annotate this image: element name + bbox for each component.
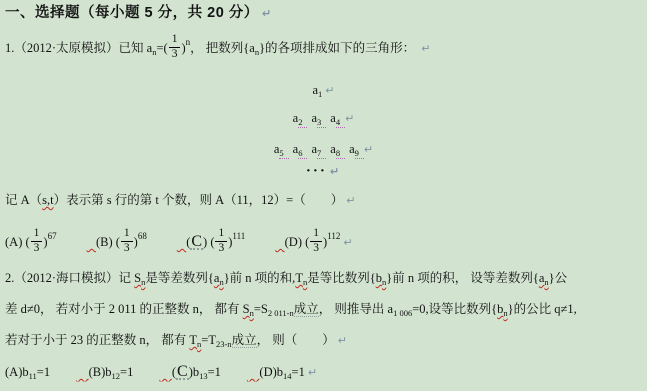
text-run: a — [349, 142, 355, 156]
paragraph-mark-icon: ↵ — [325, 84, 334, 97]
fraction: 13 — [215, 227, 227, 254]
q2-stem-line-2: 差 d≠0， 若对小于 2 011 的正整数 n， 都有 Sn=S2 011-n… — [5, 299, 577, 319]
text-run: 1.（2012·太原模拟）已知 — [5, 41, 147, 55]
subscript: 12 — [112, 371, 121, 381]
subscript: 8 — [336, 148, 345, 159]
triangle-ellipsis: ···↵ — [0, 161, 647, 182]
spellcheck-squiggle-icon — [177, 235, 186, 249]
triangle-row-1: a1↵ — [0, 80, 647, 101]
fraction-numerator: 1 — [121, 227, 133, 241]
subscript: 11 — [29, 371, 37, 381]
subscript: 23-n — [216, 339, 232, 349]
text-run: =1 — [292, 365, 305, 379]
subscript: 13 — [199, 371, 208, 381]
text-run: ， 把数列{a — [190, 41, 255, 55]
text-run: )b — [189, 365, 199, 379]
option-a-label: (A) ( — [5, 235, 30, 249]
superscript: 111 — [232, 231, 245, 241]
fraction-denominator: 3 — [169, 48, 181, 61]
text-run: 成立 — [294, 302, 319, 317]
spellcheck-squiggle-icon — [275, 235, 284, 249]
section-heading: 一、选择题（每小题 5 分，共 20 分）↵ — [5, 3, 272, 24]
text-run: 成立 — [232, 333, 257, 348]
triangle-row-2: a2a3a4↵ — [0, 108, 647, 129]
q1-question: 记 A（s,t）表示第 s 行的第 t 个数，则 A（11，12）=（ ）↵ — [5, 190, 355, 211]
spellcheck-squiggle-icon — [247, 365, 260, 379]
subscript: 2 011-n — [268, 308, 294, 318]
text-run: ）表示第 s 行的第 t 个数，则 A（11，12）=（ ） — [54, 193, 344, 207]
fraction: 13 — [121, 227, 133, 254]
subscript: 7 — [317, 148, 326, 159]
text-run: }的公比 q≠1, — [508, 302, 577, 316]
superscript: 112 — [327, 231, 340, 241]
q2-options: (A)b11=1 (B)b12=1 (C)b13=1 (D)b14=1↵ — [5, 362, 317, 383]
text-run: 一、选择题（每小题 5 分，共 20 分） — [5, 5, 259, 21]
option-b-label: (B) ( — [96, 235, 120, 249]
fraction: 13 — [310, 227, 322, 254]
fraction-numerator: 1 — [310, 227, 322, 241]
text-run: T — [295, 271, 303, 285]
option-letter-c: C — [190, 236, 203, 250]
paragraph-mark-icon: ↵ — [338, 334, 347, 347]
fraction: 13 — [31, 227, 43, 254]
text-run: =( — [156, 41, 167, 55]
text-run: ) ( — [203, 235, 214, 249]
spellcheck-squiggle-icon — [159, 365, 172, 379]
paragraph-mark-icon: ↵ — [262, 7, 272, 20]
text-run: =T — [201, 333, 216, 347]
text-run: =1 — [208, 365, 221, 379]
text-run: 差 d≠0， 若对小于 2 011 的正整数 n， 都有 — [5, 302, 243, 316]
subscript: 4 — [336, 117, 345, 128]
option-d-label: (D)b — [259, 365, 283, 379]
text-run: }的各项排成如下的三角形： — [259, 41, 418, 55]
text-run: s,t — [42, 193, 53, 207]
fraction-denominator: 3 — [215, 242, 227, 255]
subscript: 1 006 — [393, 308, 412, 318]
q1-options: (A) (13)67 (B) (13)68 (C) (13)111 (D) (1… — [5, 222, 353, 263]
option-d-label: (D) ( — [285, 235, 310, 249]
option-letter-c: C — [176, 366, 189, 380]
subscript: 6 — [298, 148, 307, 159]
text-run: =0,设等比数列{ — [412, 302, 497, 316]
paragraph-mark-icon: ↵ — [330, 165, 341, 178]
fraction-numerator: 1 — [215, 227, 227, 241]
text-run: S — [243, 302, 250, 316]
triangle-row-3: a5a6a7a8a9↵ — [0, 139, 647, 160]
q2-stem-line-3: 若对于小于 23 的正整数 n， 都有 Tn=T23-n成立， 则（ ）↵ — [5, 330, 347, 351]
fraction-denominator: 3 — [310, 242, 322, 255]
subscript: 5 — [279, 148, 288, 159]
subscript: 1 — [318, 89, 322, 99]
spellcheck-squiggle-icon — [87, 235, 96, 249]
spellcheck-squiggle-icon — [76, 365, 89, 379]
document-page: 一、选择题（每小题 5 分，共 20 分）↵1.（2012·太原模拟）已知 an… — [0, 0, 647, 391]
text-run: ， 则（ ） — [257, 333, 335, 347]
q2-stem-line-1: 2.（2012·海口模拟）记 Sn是等差数列{an}前 n 项的和,Tn是等比数… — [5, 268, 567, 288]
text-run: =S — [254, 302, 268, 316]
fraction: 13 — [169, 33, 181, 60]
paragraph-mark-icon: ↵ — [364, 143, 373, 156]
text-run: }公 — [549, 271, 568, 285]
superscript: 68 — [138, 231, 147, 241]
fraction-numerator: 1 — [31, 227, 43, 241]
q1-stem: 1.（2012·太原模拟）已知 an=(13)n， 把数列{an}的各项排成如下… — [5, 28, 430, 69]
fraction-numerator: 1 — [169, 33, 181, 47]
subscript: 9 — [355, 148, 364, 159]
text-run: 2.（2012·海口模拟）记 — [5, 271, 134, 285]
text-run: }前 n 项的积， 设等差数列{ — [386, 271, 539, 285]
paragraph-mark-icon: ↵ — [308, 366, 317, 379]
option-a-label: (A)b — [5, 365, 29, 379]
text-run: 是等差数列{ — [145, 271, 214, 285]
text-run: ， 则推导出 — [319, 302, 388, 316]
fraction-denominator: 3 — [31, 242, 43, 255]
subscript: 3 — [317, 117, 326, 128]
text-run: 是等比数列{ — [307, 271, 376, 285]
text-run: T — [189, 333, 197, 347]
text-run: ··· — [306, 163, 327, 179]
option-b-label: (B)b — [89, 365, 112, 379]
text-run: }前 n 项的和, — [224, 271, 296, 285]
subscript: 14 — [283, 371, 292, 381]
subscript: 2 — [298, 117, 307, 128]
text-run: =1 — [120, 365, 133, 379]
paragraph-mark-icon: ↵ — [421, 42, 430, 55]
paragraph-mark-icon: ↵ — [346, 194, 355, 207]
text-run: 若对于小于 23 的正整数 n， 都有 — [5, 333, 189, 347]
superscript: 67 — [48, 231, 57, 241]
fraction-denominator: 3 — [121, 242, 133, 255]
text-run: 记 A（ — [5, 193, 42, 207]
text-run: =1 — [37, 365, 50, 379]
paragraph-mark-icon: ↵ — [345, 112, 354, 125]
paragraph-mark-icon: ↵ — [343, 236, 352, 249]
